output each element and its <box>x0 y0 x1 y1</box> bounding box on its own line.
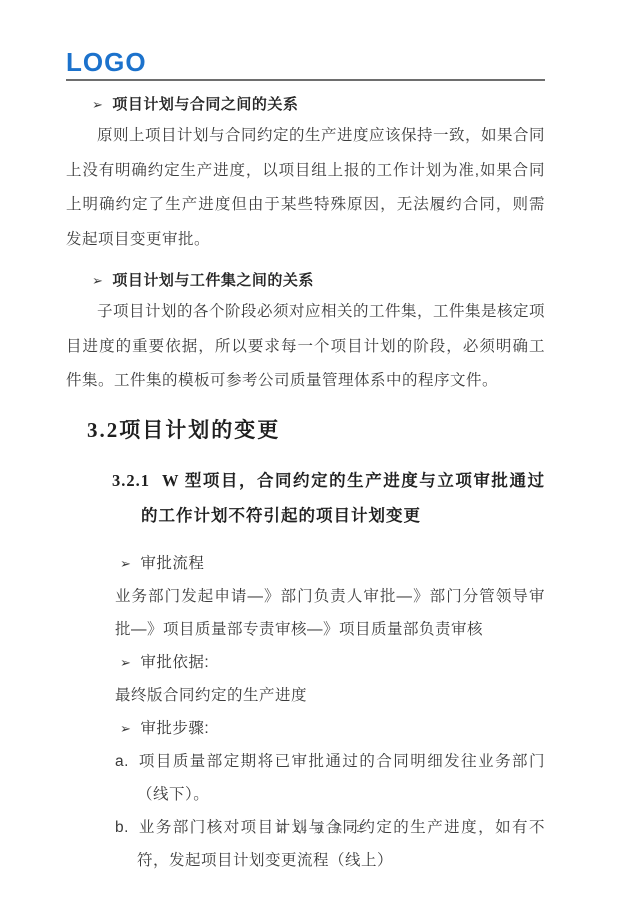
bullet-label: 审批步骤: <box>140 720 209 737</box>
bullet-label: 审批流程 <box>140 555 204 572</box>
page-content: LOGO ➢项目计划与合同之间的关系 原则上项目计划与合同约定的生产进度应该保持… <box>0 0 640 877</box>
arrow-bullet-icon: ➢ <box>120 556 131 571</box>
section-heading-3-2: 3.2项目计划的变更 <box>87 415 545 445</box>
approval-basis-text: 最终版合同约定的生产进度 <box>115 679 545 712</box>
approval-process-flow: 业务部门发起申请—》部门负责人审批—》部门分管领导审批—》项目质量部专责审核—》… <box>115 580 545 646</box>
company-logo: LOGO <box>66 0 545 75</box>
bullet-heading-label: 项目计划与合同之间的关系 <box>112 96 298 113</box>
bullet-heading-contract-relation: ➢项目计划与合同之间的关系 <box>92 95 545 115</box>
bullet-approval-basis: ➢审批依据: <box>120 646 545 679</box>
heading-title: W 型项目，合同约定的生产进度与立项审批通过的工作计划不符引起的项目计划变更 <box>141 471 545 525</box>
paragraph-contract-relation: 原则上项目计划与合同约定的生产进度应该保持一致，如果合同上没有明确约定生产进度，… <box>66 119 545 257</box>
arrow-bullet-icon: ➢ <box>120 655 131 670</box>
document-page: LOGO ➢项目计划与合同之间的关系 原则上项目计划与合同约定的生产进度应该保持… <box>0 0 640 906</box>
page-number-footer: 第 24 页 共 72 <box>0 821 640 837</box>
section-heading-3-2-1: 3.2.1W 型项目，合同约定的生产进度与立项审批通过的工作计划不符引起的项目计… <box>141 463 545 533</box>
heading-number: 3.2.1 <box>112 471 150 490</box>
header-rule <box>66 79 545 81</box>
arrow-bullet-icon: ➢ <box>92 273 103 288</box>
bullet-approval-process: ➢审批流程 <box>120 547 545 580</box>
bullet-heading-artifact-relation: ➢项目计划与工件集之间的关系 <box>92 271 545 291</box>
approval-step-a: a.项目质量部定期将已审批通过的合同明细发往业务部门（线下）。 <box>137 745 545 811</box>
step-marker: a. <box>115 753 129 770</box>
paragraph-artifact-relation: 子项目计划的各个阶段必须对应相关的工件集，工件集是核定项目进度的重要依据，所以要… <box>66 295 545 399</box>
bullet-heading-label: 项目计划与工件集之间的关系 <box>112 272 314 289</box>
bullet-approval-steps: ➢审批步骤: <box>120 712 545 745</box>
arrow-bullet-icon: ➢ <box>92 97 103 112</box>
step-text: 项目质量部定期将已审批通过的合同明细发往业务部门（线下）。 <box>137 753 545 803</box>
arrow-bullet-icon: ➢ <box>120 721 131 736</box>
bullet-label: 审批依据: <box>140 654 209 671</box>
